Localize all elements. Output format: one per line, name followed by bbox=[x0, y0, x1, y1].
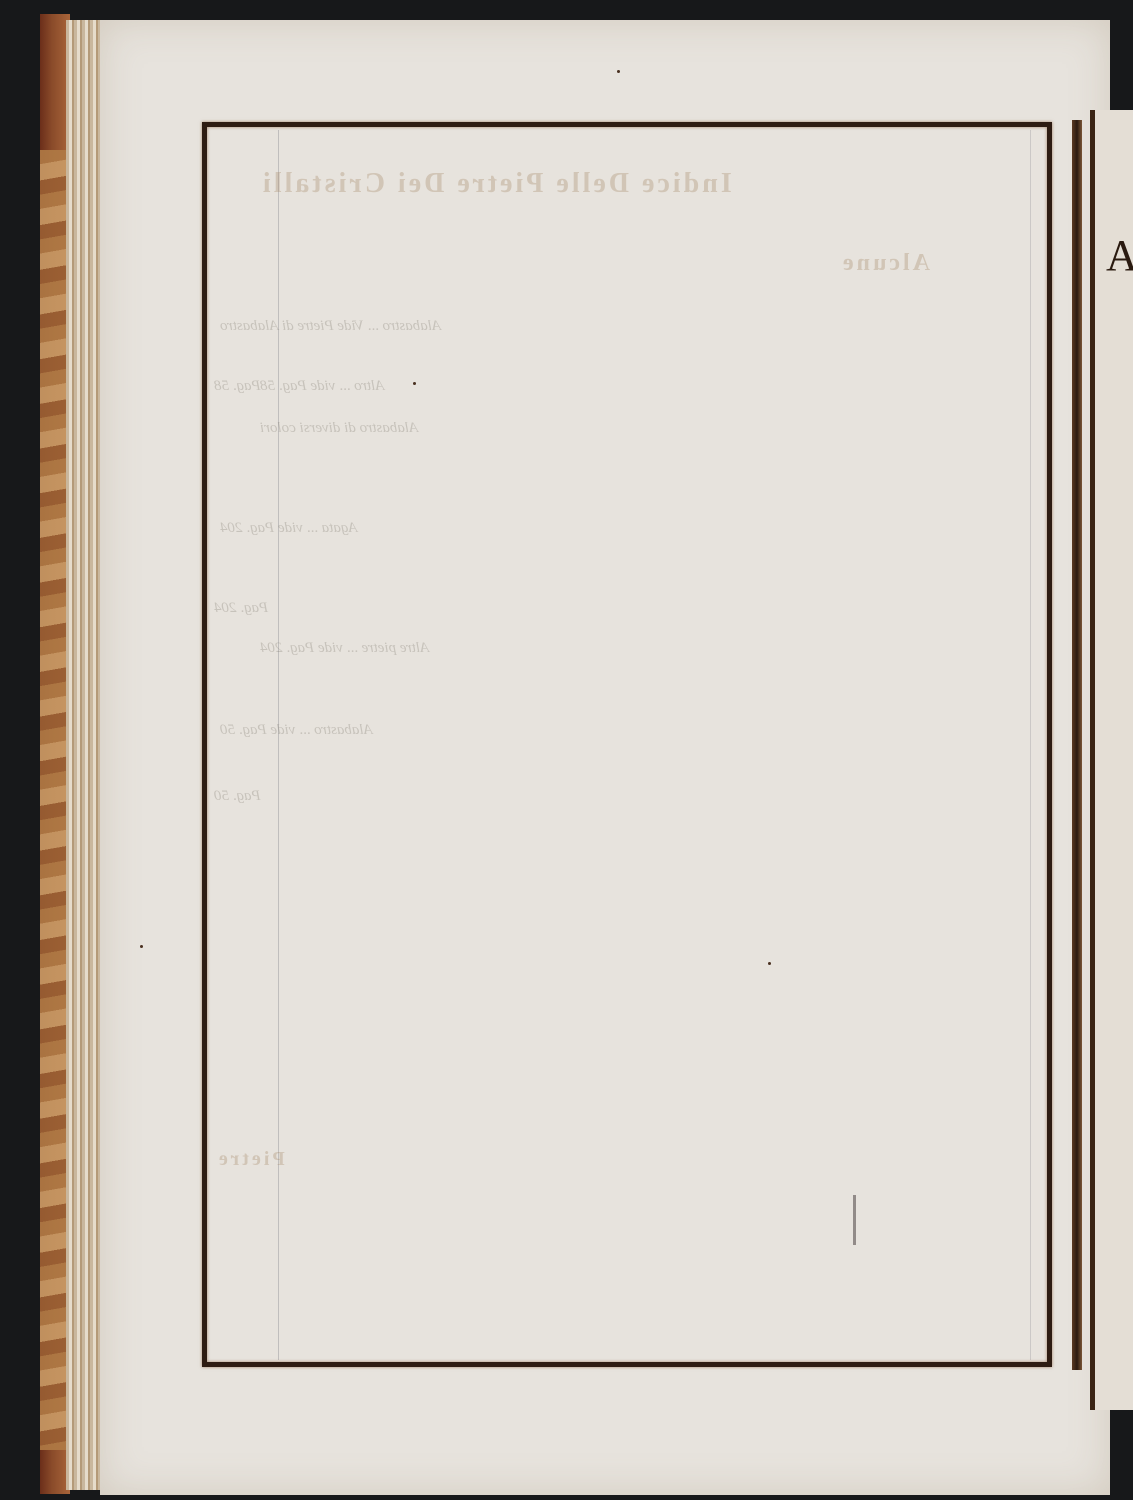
spine-fold bbox=[1072, 120, 1082, 1370]
ink-spot bbox=[768, 962, 771, 965]
ink-spot bbox=[617, 70, 620, 73]
pencil-mark bbox=[853, 1195, 856, 1245]
ink-border-frame bbox=[202, 122, 1052, 1367]
facing-page-letter: A bbox=[1106, 230, 1133, 281]
ink-spot bbox=[413, 382, 416, 385]
ink-spot bbox=[140, 945, 143, 948]
facing-page bbox=[1090, 110, 1133, 1410]
